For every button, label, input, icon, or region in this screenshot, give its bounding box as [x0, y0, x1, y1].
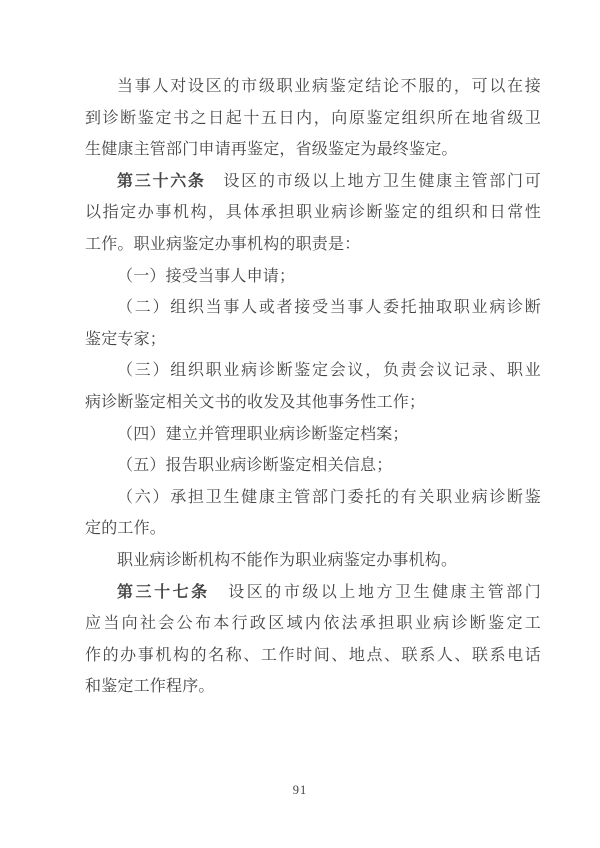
text-line: 病诊断鉴定相关文书的收发及其他事务性工作；	[85, 387, 541, 419]
text-line: 鉴定专家；	[85, 324, 541, 356]
article-36-number: 第三十六条	[117, 173, 206, 190]
list-item-1: （一）接受当事人申请；	[85, 261, 541, 293]
page-number: 91	[0, 783, 600, 798]
text-line: 第三十六条 设区的市级以上地方卫生健康主管部门可	[85, 166, 541, 198]
list-item-6: （六）承担卫生健康主管部门委托的有关职业病诊断鉴	[85, 482, 541, 514]
list-item-4: （四）建立并管理职业病诊断鉴定档案；	[85, 419, 541, 451]
text-line: 当事人对设区的市级职业病鉴定结论不服的，可以在接	[85, 71, 541, 103]
text-line: 职业病诊断机构不能作为职业病鉴定办事机构。	[85, 545, 541, 577]
document-page: 当事人对设区的市级职业病鉴定结论不服的，可以在接 到诊断鉴定书之日起十五日内，向…	[0, 0, 600, 848]
list-item-2: （二）组织当事人或者接受当事人委托抽取职业病诊断	[85, 292, 541, 324]
document-text: 当事人对设区的市级职业病鉴定结论不服的，可以在接 到诊断鉴定书之日起十五日内，向…	[85, 71, 541, 703]
text-line: 工作。职业病鉴定办事机构的职责是：	[85, 229, 541, 261]
text-line: 定的工作。	[85, 513, 541, 545]
list-item-3: （三）组织职业病诊断鉴定会议，负责会议记录、职业	[85, 355, 541, 387]
text-line: 生健康主管部门申请再鉴定，省级鉴定为最终鉴定。	[85, 134, 541, 166]
article-36-text: 设区的市级以上地方卫生健康主管部门可	[206, 173, 541, 190]
text-line: 作的办事机构的名称、工作时间、地点、联系人、联系电话	[85, 640, 541, 672]
text-line: 第三十七条 设区的市级以上地方卫生健康主管部门	[85, 577, 541, 609]
text-line: 和鉴定工作程序。	[85, 671, 541, 703]
text-line: 到诊断鉴定书之日起十五日内，向原鉴定组织所在地省级卫	[85, 103, 541, 135]
text-line: 以指定办事机构，具体承担职业病诊断鉴定的组织和日常性	[85, 197, 541, 229]
text-line: 应当向社会公布本行政区域内依法承担职业病诊断鉴定工	[85, 608, 541, 640]
article-37-text: 设区的市级以上地方卫生健康主管部门	[210, 584, 541, 601]
article-37-number: 第三十七条	[117, 584, 210, 601]
list-item-5: （五）报告职业病诊断鉴定相关信息；	[85, 450, 541, 482]
